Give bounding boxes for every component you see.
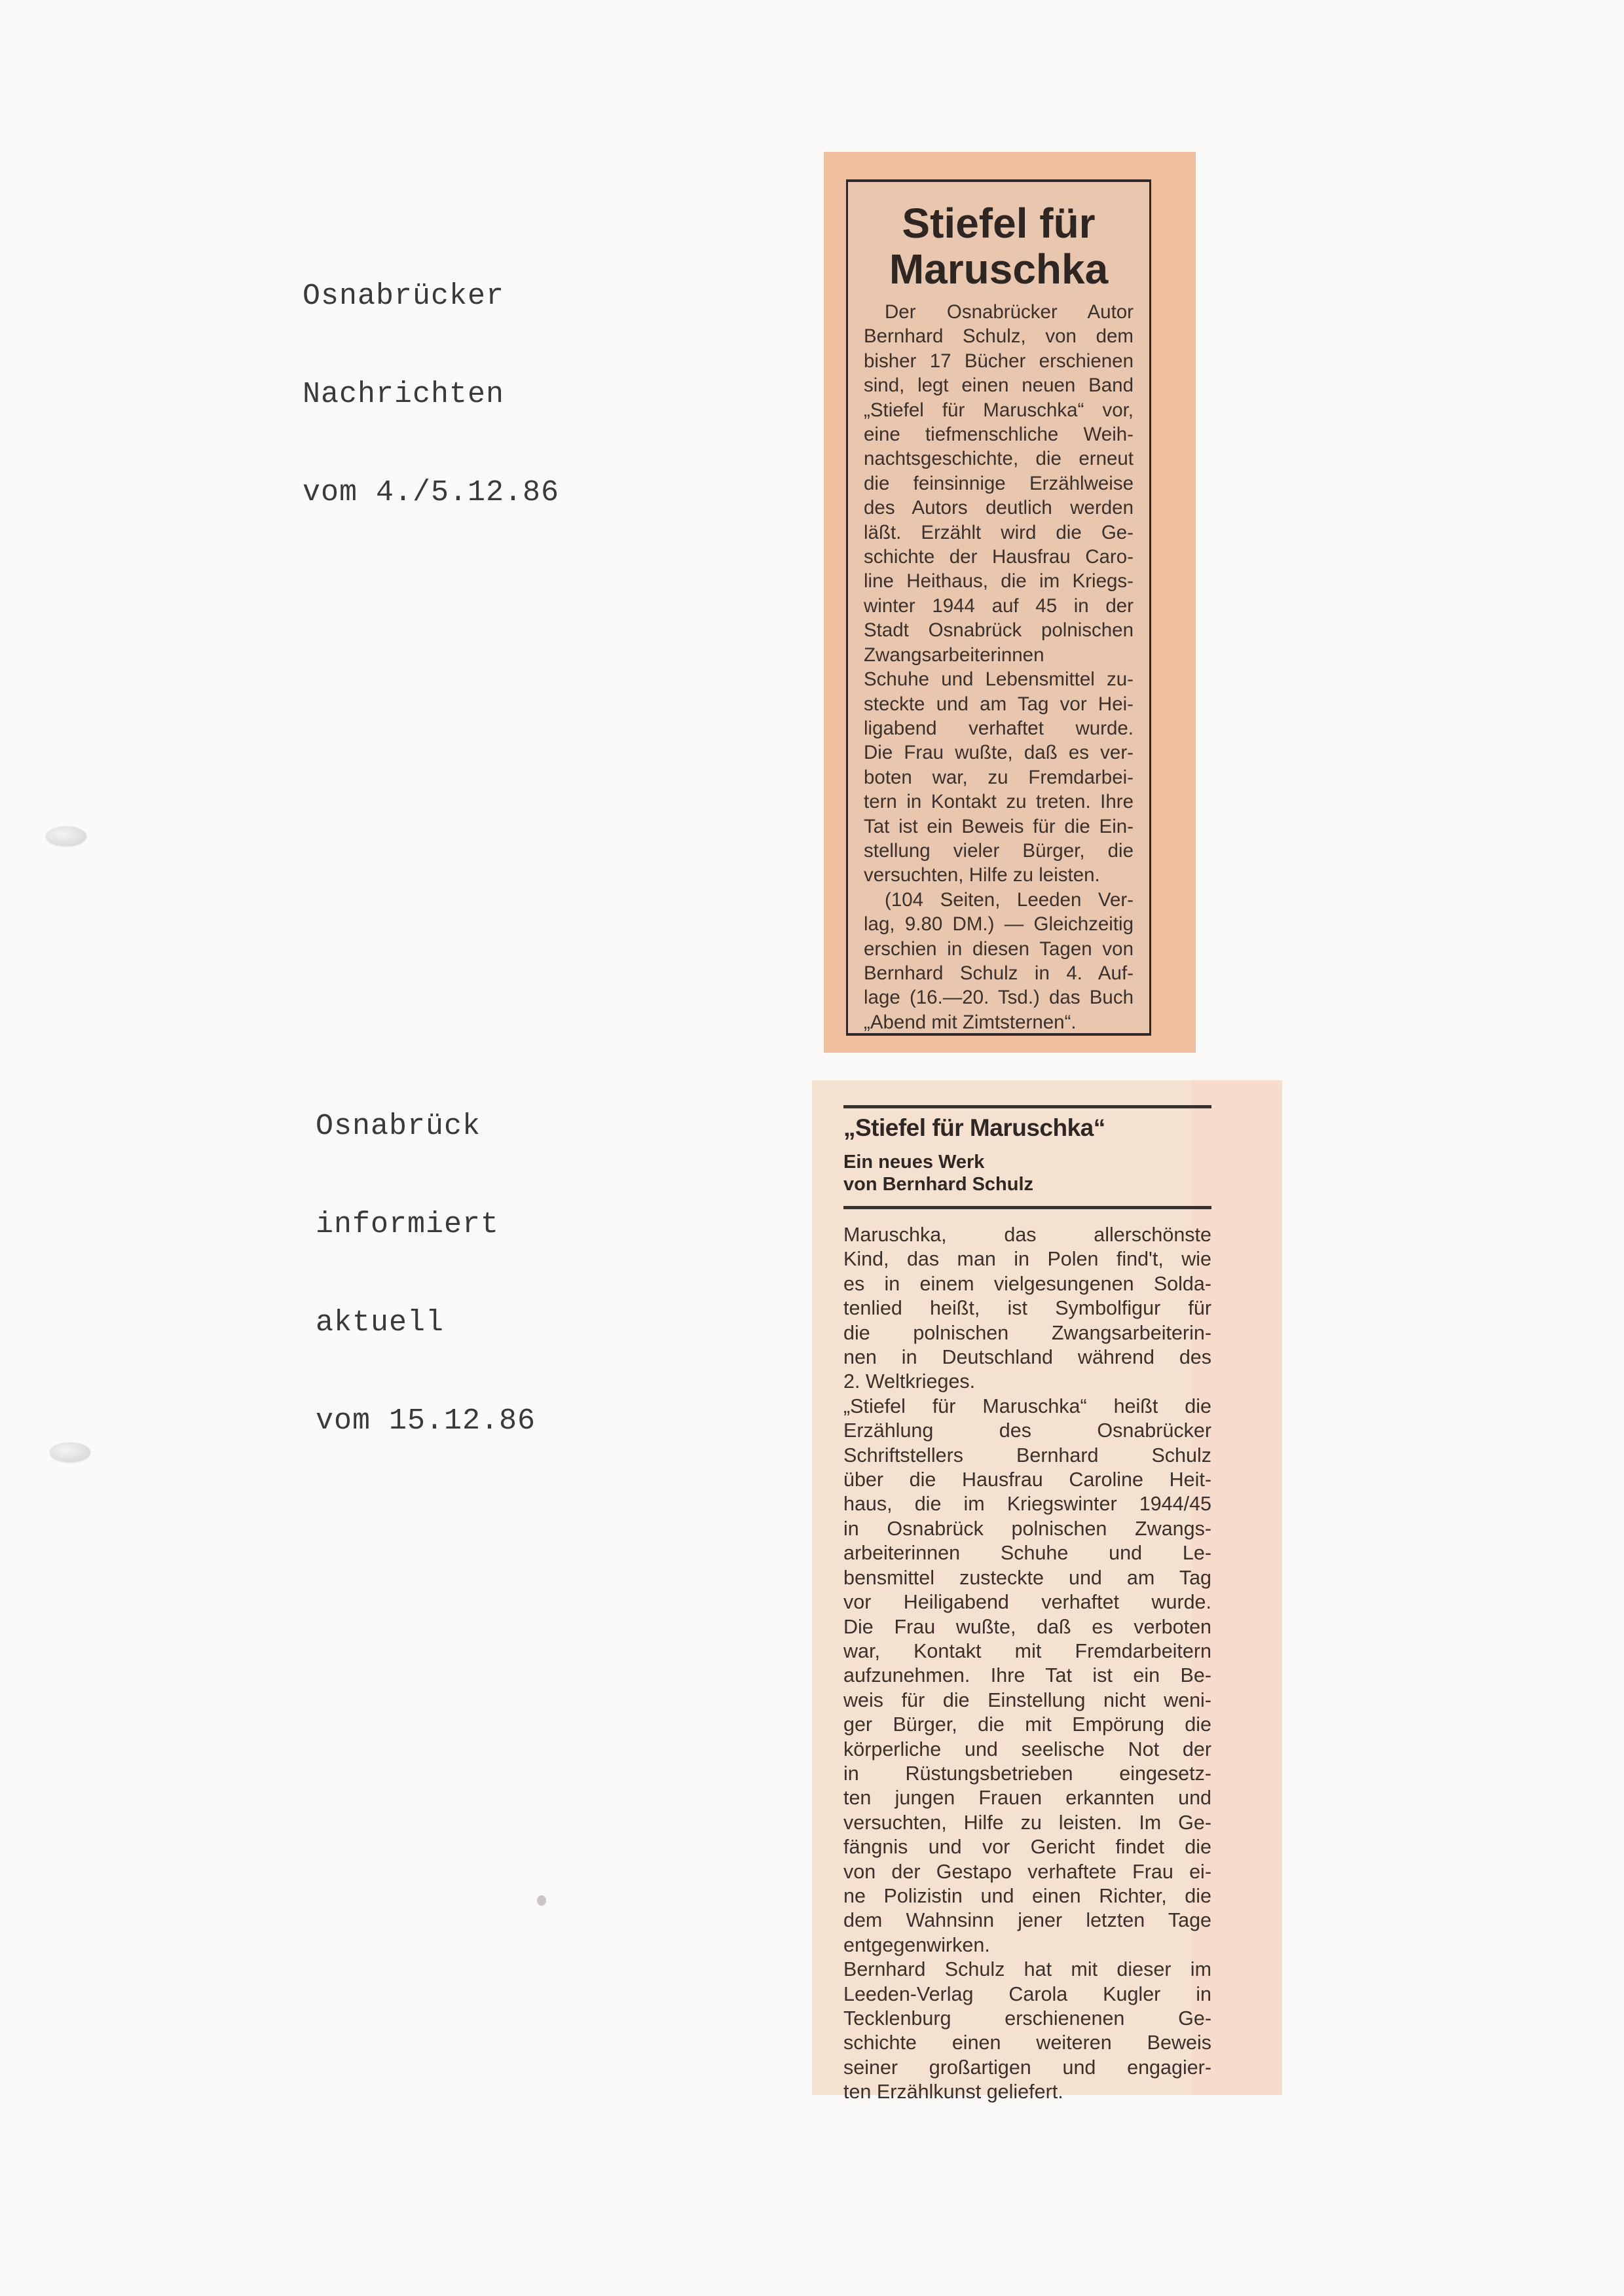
body-line: „Stiefel für Maruschka“ heißt die [843,1394,1211,1419]
body-line: schichte einen weiteren Beweis [843,2031,1211,2055]
body-line: Maruschka, das allerschönste [843,1223,1211,1247]
body-line: line Heithaus, die im Kriegs- [864,569,1134,593]
body-line: lag, 9.80 DM.) — Gleichzeitig [864,912,1134,936]
body-line: nachtsgeschichte, die erneut [864,446,1134,471]
label-line: Osnabrücker [303,280,559,313]
newspaper-clipping-2: „Stiefel für Maruschka“ Ein neues Werk v… [812,1080,1282,2095]
body-line: Erzählung des Osnabrücker [843,1419,1211,1443]
punch-hole-icon [50,1442,90,1462]
body-line: dem Wahnsinn jener letzten Tage [843,1908,1211,1933]
body-line: „Abend mit Zimtsternen“. [864,1010,1134,1034]
body-line: weis für die Einstellung nicht weni- [843,1688,1211,1713]
body-line: 2. Weltkrieges. [843,1370,1211,1394]
body-line: körperliche und seelische Not der [843,1738,1211,1762]
source-label-nachrichten: Osnabrücker Nachrichten vom 4./5.12.86 [303,215,559,542]
body-line: stellung vieler Bürger, die [864,839,1134,863]
body-line: Tecklenburg erschienenen Ge- [843,2007,1211,2031]
body-line: Der Osnabrücker Autor [864,300,1134,324]
body-line: boten war, zu Fremdarbei- [864,765,1134,790]
label-line: informiert [316,1209,536,1241]
body-line: erschien in diesen Tagen von [864,937,1134,961]
label-line: Osnabrück [316,1110,536,1143]
clipping-frame: Stiefel für Maruschka Der Osnabrücker Au… [846,179,1151,1036]
body-line: es in einem vielgesungenen Solda- [843,1272,1211,1296]
body-line: (104 Seiten, Leeden Ver- [864,888,1134,912]
body-line: winter 1944 auf 45 in der [864,594,1134,618]
body-line: war, Kontakt mit Fremdarbeitern [843,1639,1211,1664]
body-line: ten jungen Frauen erkannten und [843,1786,1211,1810]
label-line: vom 15.12.86 [316,1405,536,1438]
headline-line: Maruschka [848,246,1149,292]
body-line: lage (16.—20. Tsd.) das Buch [864,985,1134,1010]
body-line: vor Heiligabend verhaftet wurde. [843,1590,1211,1614]
body-line: versuchten, Hilfe zu leisten. Im Ge- [843,1811,1211,1835]
punch-hole-icon [46,826,86,846]
label-line: aktuell [316,1307,536,1339]
newspaper-clipping-1: Stiefel für Maruschka Der Osnabrücker Au… [824,152,1196,1053]
body-line: Kind, das man in Polen find't, wie [843,1247,1211,1271]
body-line: die feinsinnige Erzählweise [864,471,1134,496]
source-label-informiert: Osnabrück informiert aktuell vom 15.12.8… [316,1045,536,1470]
body-line: haus, die im Kriegswinter 1944/45 [843,1492,1211,1516]
body-line: die polnischen Zwangsarbeiterin- [843,1321,1211,1345]
body-line: über die Hausfrau Caroline Heit- [843,1468,1211,1492]
body-line: in Osnabrück polnischen Zwangs- [843,1517,1211,1541]
body-line: Schriftstellers Bernhard Schulz [843,1444,1211,1468]
body-line: arbeiterinnen Schuhe und Le- [843,1541,1211,1565]
label-line: vom 4./5.12.86 [303,477,559,509]
body-line: entgegenwirken. [843,1933,1211,1958]
subhead-line: von Bernhard Schulz [843,1173,1033,1195]
body-line: Leeden-Verlag Carola Kugler in [843,1982,1211,2007]
body-line: Bernhard Schulz, von dem [864,324,1134,348]
body-line: schichte der Hausfrau Caro- [864,545,1134,569]
label-line: Nachrichten [303,378,559,411]
clipping-body: Der Osnabrücker AutorBernhard Schulz, vo… [864,300,1134,1034]
body-line: Stadt Osnabrück polnischen [864,618,1134,642]
subhead-line: Ein neues Werk [843,1151,1033,1173]
clipping-subhead: Ein neues Werk von Bernhard Schulz [843,1151,1033,1195]
clipping-headline: Stiefel für Maruschka [848,200,1149,292]
headline-line: Stiefel für [848,200,1149,246]
body-line: Die Frau wußte, daß es verboten [843,1615,1211,1639]
body-line: ligabend verhaftet wurde. [864,716,1134,740]
clipping-headline: „Stiefel für Maruschka“ [843,1114,1105,1142]
body-line: eine tiefmenschliche Weih- [864,422,1134,446]
clipping-body: Maruschka, das allerschönsteKind, das ma… [843,1223,1211,2105]
body-line: sind, legt einen neuen Band [864,373,1134,397]
body-line: tern in Kontakt zu treten. Ihre [864,790,1134,814]
body-line: versuchten, Hilfe zu leisten. [864,863,1134,887]
body-line: ten Erzählkunst geliefert. [843,2080,1211,2104]
top-rule [843,1105,1211,1108]
body-line: „Stiefel für Maruschka“ vor, [864,398,1134,422]
body-line: Schuhe und Lebensmittel zu- [864,667,1134,691]
body-line: nen in Deutschland während des [843,1345,1211,1370]
bottom-rule [843,1206,1211,1209]
body-line: seiner großartigen und engagier- [843,2056,1211,2080]
body-line: fängnis und vor Gericht findet die [843,1835,1211,1859]
body-line: Bernhard Schulz in 4. Auf- [864,961,1134,985]
body-line: läßt. Erzählt wird die Ge- [864,520,1134,545]
body-line: Zwangsarbeiterinnen [864,643,1134,667]
body-line: bisher 17 Bücher erschienen [864,349,1134,373]
body-line: bensmittel zusteckte und am Tag [843,1566,1211,1590]
body-line: in Rüstungsbetrieben eingesetz- [843,1762,1211,1786]
body-line: von der Gestapo verhaftete Frau ei- [843,1860,1211,1884]
body-line: des Autors deutlich werden [864,496,1134,520]
body-line: tenlied heißt, ist Symbolfigur für [843,1296,1211,1321]
body-line: Die Frau wußte, daß es ver- [864,740,1134,765]
body-line: steckte und am Tag vor Hei- [864,692,1134,716]
body-line: ger Bürger, die mit Empörung die [843,1713,1211,1737]
body-line: Bernhard Schulz hat mit dieser im [843,1958,1211,1982]
body-line: ne Polizistin und einen Richter, die [843,1884,1211,1908]
body-line: Tat ist ein Beweis für die Ein- [864,814,1134,839]
body-line: aufzunehmen. Ihre Tat ist ein Be- [843,1664,1211,1688]
paper-speck [537,1895,546,1906]
